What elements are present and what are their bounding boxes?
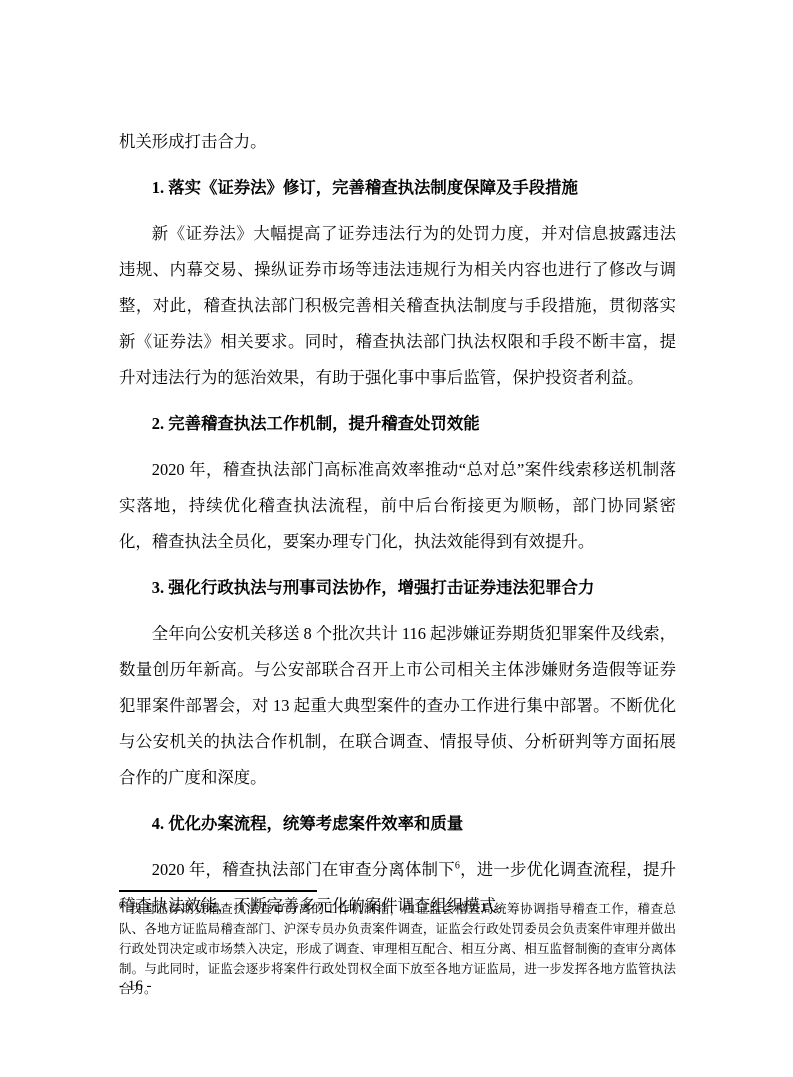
section-4-heading: 4. 优化办案流程，统筹考虑案件效率和质量 [119,806,676,842]
section-1-heading: 1. 落实《证券法》修订，完善稽查执法制度保障及手段措施 [119,170,676,206]
section-2-paragraph: 2020 年，稽查执法部门高标准高效率推动“总对总”案件线索移送机制落实落地，持… [119,452,676,560]
continuation-paragraph: 机关形成打击合力。 [119,124,676,160]
page-number: - 16 - [119,976,152,996]
footnote-text: 我国证券期货稽查执法查审分离的工作机制指，由证监会稽查局统筹协调指导稽查工作，稽… [119,902,676,996]
section-2-heading: 2. 完善稽查执法工作机制，提升稽查处罚效能 [119,406,676,442]
footnote-area: 6我国证券期货稽查执法查审分离的工作机制指，由证监会稽查局统筹协调指导稽查工作，… [119,890,676,999]
section-3-heading: 3. 强化行政执法与刑事司法协作，增强打击证券违法犯罪合力 [119,570,676,606]
footnote-marker: 6 [119,900,124,910]
footnote-separator-line [119,890,317,892]
section-4-text-before-ref: 2020 年，稽查执法部门在审查分离体制下 [152,860,455,879]
content-area: 机关形成打击合力。 1. 落实《证券法》修订，完善稽查执法制度保障及手段措施 新… [119,124,676,924]
section-3-paragraph: 全年向公安机关移送 8 个批次共计 116 起涉嫌证券期货犯罪案件及线索，数量创… [119,616,676,796]
section-1-paragraph: 新《证券法》大幅提高了证券违法行为的处罚力度，并对信息披露违法违规、内幕交易、操… [119,216,676,396]
document-page: 机关形成打击合力。 1. 落实《证券法》修订，完善稽查执法制度保障及手段措施 新… [0,0,793,1077]
footnote: 6我国证券期货稽查执法查审分离的工作机制指，由证监会稽查局统筹协调指导稽查工作，… [119,899,676,999]
